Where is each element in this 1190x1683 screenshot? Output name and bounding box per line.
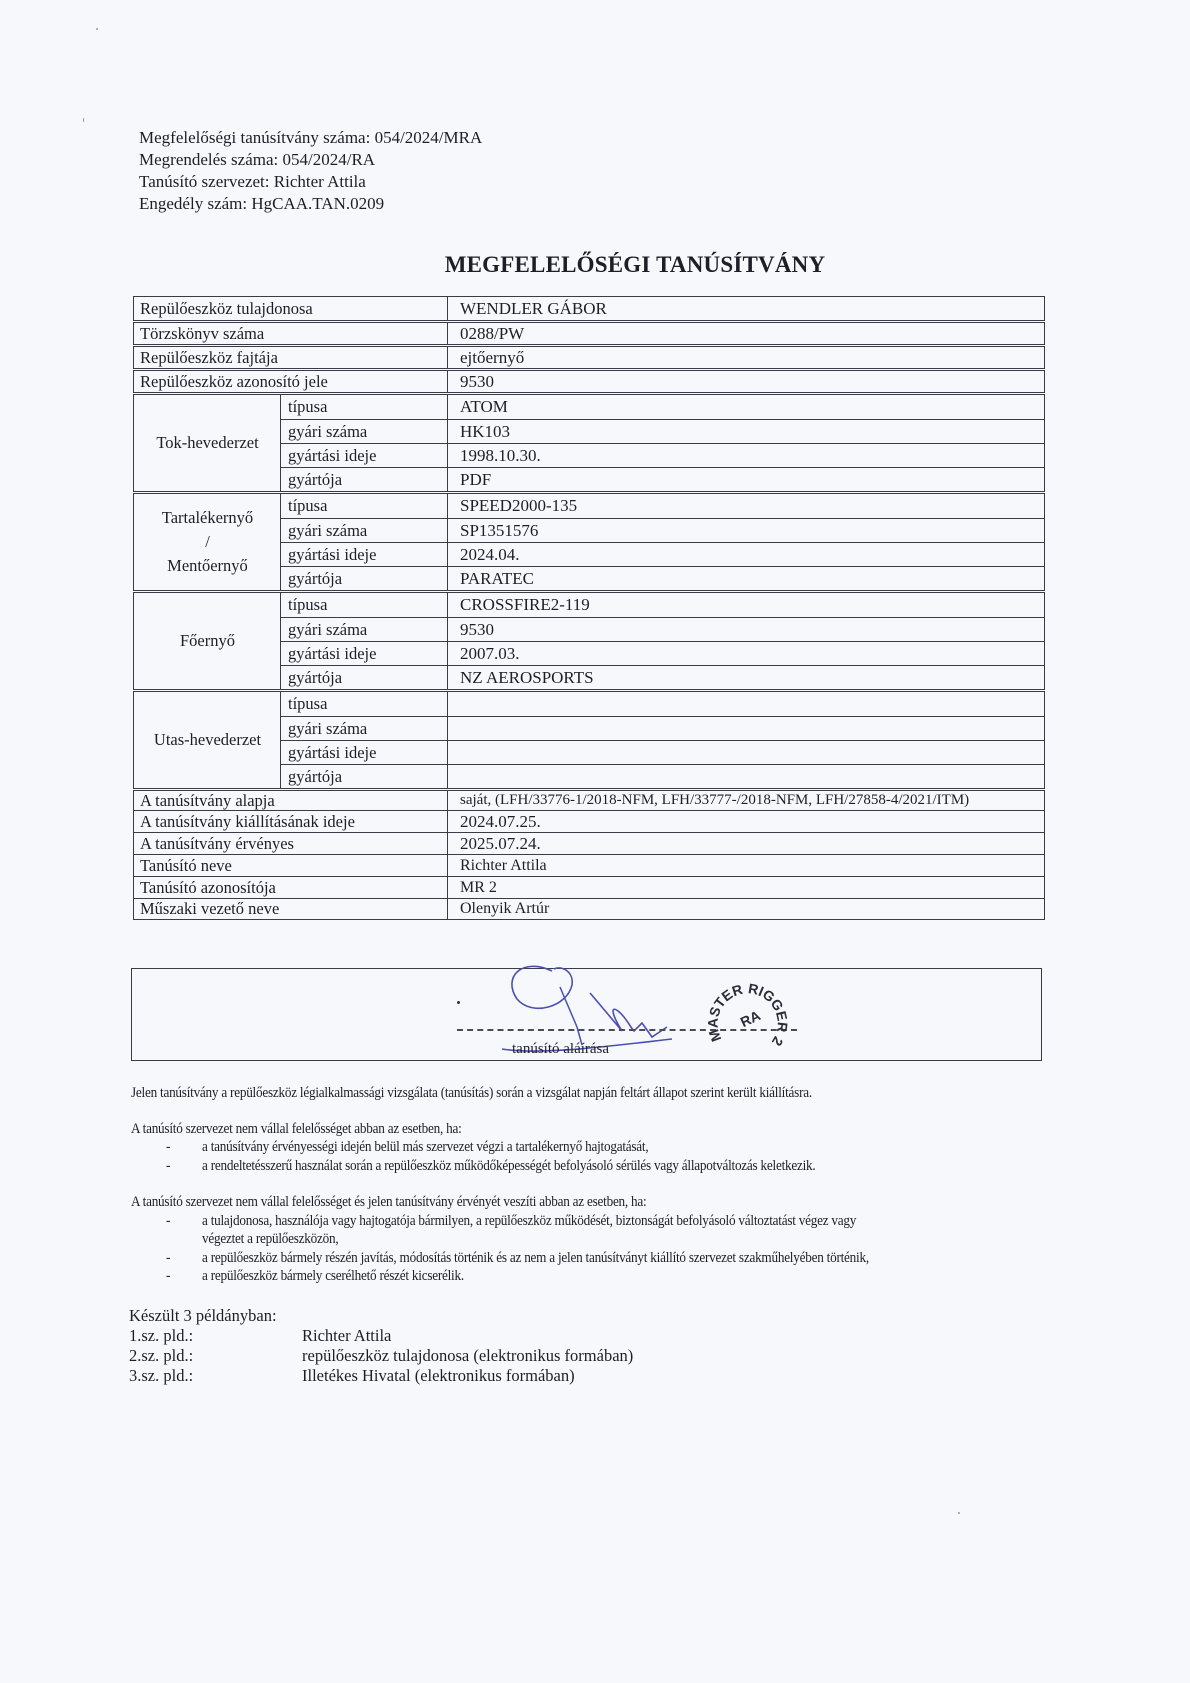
bullet-mark: -	[166, 1157, 170, 1175]
copy-recipient: Illetékes Hivatal (elektronikus formában…	[302, 1366, 575, 1386]
component-group-main-canopy: Főernyő típusaCROSSFIRE2-119 gyári száma…	[133, 590, 1045, 689]
row-value: SP1351576	[447, 519, 1045, 542]
table-row: Repülőeszköz fajtája ejtőernyő	[133, 344, 1045, 368]
license-number: Engedély szám: HgCAA.TAN.0209	[139, 193, 384, 215]
row-label: Törzskönyv száma	[133, 323, 447, 344]
row-value: PDF	[447, 468, 1045, 491]
row-label: gyártója	[280, 765, 447, 788]
row-value: 2024.04.	[447, 543, 1045, 566]
row-label: A tanúsítvány érvényes	[133, 833, 447, 854]
statement-text: Jelen tanúsítvány a repülőeszköz légialk…	[131, 1084, 812, 1102]
row-label: gyártója	[280, 666, 447, 689]
table-row: gyári száma9530	[280, 617, 1045, 641]
row-label: gyári száma	[280, 717, 447, 740]
signature-label: tanúsító aláírása	[512, 1041, 609, 1058]
row-value: saját, (LFH/33776-1/2018-NFM, LFH/33777-…	[447, 791, 1045, 810]
row-label: gyártási ideje	[280, 543, 447, 566]
table-row: típusaCROSSFIRE2-119	[280, 593, 1045, 617]
row-label: gyártási ideje	[280, 642, 447, 665]
table-row: A tanúsítvány alapja saját, (LFH/33776-1…	[133, 788, 1045, 810]
row-label: gyártója	[280, 468, 447, 491]
row-value: 9530	[447, 371, 1045, 392]
row-label: típusa	[280, 593, 447, 617]
row-label: A tanúsítvány alapja	[133, 791, 447, 810]
copy-label: 3.sz. pld.:	[129, 1366, 193, 1386]
component-group-passenger-harness: Utas-hevederzet típusa gyári száma gyárt…	[133, 689, 1045, 788]
row-value: HK103	[447, 420, 1045, 443]
liability-item: a tanúsítvány érvényességi idején belül …	[202, 1138, 648, 1156]
table-row: gyártójaPDF	[280, 467, 1045, 491]
table-row: gyártási ideje2007.03.	[280, 641, 1045, 665]
component-group-reserve: Tartalékernyő / Mentőernyő típusaSPEED20…	[133, 491, 1045, 590]
row-label: Repülőeszköz fajtája	[133, 347, 447, 368]
row-value: ATOM	[447, 395, 1045, 419]
certifying-organization: Tanúsító szervezet: Richter Attila	[139, 171, 366, 193]
table-row: gyári számaSP1351576	[280, 518, 1045, 542]
row-label: típusa	[280, 692, 447, 716]
row-label: Tanúsító neve	[133, 855, 447, 876]
table-row: gyártási ideje2024.04.	[280, 542, 1045, 566]
row-label: Repülőeszköz tulajdonosa	[133, 297, 447, 320]
row-value: 9530	[447, 618, 1045, 641]
table-row: Törzskönyv száma 0288/PW	[133, 320, 1045, 344]
table-row: gyártójaPARATEC	[280, 566, 1045, 590]
table-row: Tanúsító azonosítója MR 2	[133, 876, 1045, 898]
bullet-mark: -	[166, 1138, 170, 1156]
table-row: A tanúsítvány érvényes 2025.07.24.	[133, 832, 1045, 854]
table-row: Repülőeszköz tulajdonosa WENDLER GÁBOR	[133, 296, 1045, 320]
table-row: gyártási ideje	[280, 740, 1045, 764]
row-label: Műszaki vezető neve	[133, 899, 447, 919]
group-name-line: Tartalékernyő	[162, 506, 253, 530]
table-row: gyártójaNZ AEROSPORTS	[280, 665, 1045, 689]
group-name-line: Főernyő	[180, 629, 235, 653]
row-value: 1998.10.30.	[447, 444, 1045, 467]
row-label: típusa	[280, 494, 447, 518]
ink-dot	[457, 1001, 460, 1004]
liability-item: a repülőeszköz bármely cserélhető részét…	[202, 1267, 464, 1285]
row-label: Repülőeszköz azonosító jele	[133, 371, 447, 392]
liability-intro: A tanúsító szervezet nem vállal felelőss…	[131, 1120, 461, 1138]
group-name: Utas-hevederzet	[133, 692, 281, 788]
copy-recipient: Richter Attila	[302, 1326, 391, 1346]
table-row: Tanúsító neve Richter Attila	[133, 854, 1045, 876]
table-row: típusaATOM	[280, 395, 1045, 419]
group-name-line: Utas-hevederzet	[154, 728, 261, 752]
row-value	[447, 692, 1045, 716]
row-value: ejtőernyő	[447, 347, 1045, 368]
row-label: gyári száma	[280, 420, 447, 443]
table-row: gyári száma	[280, 716, 1045, 740]
scan-speck	[96, 28, 98, 30]
group-name: Főernyő	[133, 593, 281, 689]
table-row: gyártója	[280, 764, 1045, 788]
order-number: Megrendelés száma: 054/2024/RA	[139, 149, 375, 171]
table-row: Műszaki vezető neve Olenyik Artúr	[133, 898, 1045, 920]
row-value: NZ AEROSPORTS	[447, 666, 1045, 689]
row-label: Tanúsító azonosítója	[133, 877, 447, 898]
component-group-harness: Tok-hevederzet típusaATOM gyári számaHK1…	[133, 392, 1045, 491]
table-row: Repülőeszköz azonosító jele 9530	[133, 368, 1045, 392]
row-value: 2024.07.25.	[447, 811, 1045, 832]
table-row: gyári számaHK103	[280, 419, 1045, 443]
row-value: 2025.07.24.	[447, 833, 1045, 854]
group-name-line: /	[162, 530, 253, 554]
table-row: gyártási ideje1998.10.30.	[280, 443, 1045, 467]
row-value: Richter Attila	[447, 855, 1045, 876]
group-name-line: Tok-hevederzet	[156, 431, 258, 455]
row-label: gyártási ideje	[280, 741, 447, 764]
group-name: Tok-hevederzet	[133, 395, 281, 491]
scan-speck	[958, 1512, 960, 1514]
master-rigger-stamp-icon: MASTER RIGGER 2 RA	[692, 969, 802, 1059]
row-value	[447, 717, 1045, 740]
bullet-mark: -	[166, 1249, 170, 1267]
certificate-number: Megfelelőségi tanúsítvány száma: 054/202…	[139, 127, 482, 149]
copy-recipient: repülőeszköz tulajdonosa (elektronikus f…	[302, 1346, 633, 1366]
row-label: gyári száma	[280, 519, 447, 542]
table-row: típusaSPEED2000-135	[280, 494, 1045, 518]
bullet-mark: -	[166, 1267, 170, 1285]
stamp-initials: RA	[738, 1007, 763, 1030]
group-name-line: Mentőernyő	[162, 554, 253, 578]
scan-speck	[83, 118, 84, 122]
copy-label: 1.sz. pld.:	[129, 1326, 193, 1346]
row-value: SPEED2000-135	[447, 494, 1045, 518]
row-value	[447, 741, 1045, 764]
table-row: A tanúsítvány kiállításának ideje 2024.0…	[133, 810, 1045, 832]
row-value: PARATEC	[447, 567, 1045, 590]
row-value: MR 2	[447, 877, 1045, 898]
table-row: típusa	[280, 692, 1045, 716]
certificate-table: Repülőeszköz tulajdonosa WENDLER GÁBOR T…	[133, 296, 1045, 920]
copies-intro: Készült 3 példányban:	[129, 1306, 277, 1326]
row-value: CROSSFIRE2-119	[447, 593, 1045, 617]
row-label: A tanúsítvány kiállításának ideje	[133, 811, 447, 832]
liability-item: a rendeltetésszerű használat során a rep…	[202, 1157, 815, 1175]
liability-item: a repülőeszköz bármely részén javítás, m…	[202, 1249, 869, 1267]
row-value: Olenyik Artúr	[447, 899, 1045, 919]
copy-label: 2.sz. pld.:	[129, 1346, 193, 1366]
document-title: MEGFELELŐSÉGI TANÚSÍTVÁNY	[0, 252, 1190, 278]
bullet-mark: -	[166, 1212, 170, 1230]
row-value	[447, 765, 1045, 788]
group-name: Tartalékernyő / Mentőernyő	[133, 494, 281, 590]
row-value: WENDLER GÁBOR	[447, 297, 1045, 320]
liability-intro: A tanúsító szervezet nem vállal felelőss…	[131, 1193, 646, 1211]
liability-item-continued: végeztet a repülőeszközön,	[202, 1230, 338, 1248]
liability-item: a tulajdonosa, használója vagy hajtogató…	[202, 1212, 856, 1230]
row-label: gyártója	[280, 567, 447, 590]
row-label: gyári száma	[280, 618, 447, 641]
row-label: típusa	[280, 395, 447, 419]
row-value: 2007.03.	[447, 642, 1045, 665]
signature-box: tanúsító aláírása MASTER RIGGER 2 RA	[131, 968, 1042, 1061]
row-value: 0288/PW	[447, 323, 1045, 344]
row-label: gyártási ideje	[280, 444, 447, 467]
